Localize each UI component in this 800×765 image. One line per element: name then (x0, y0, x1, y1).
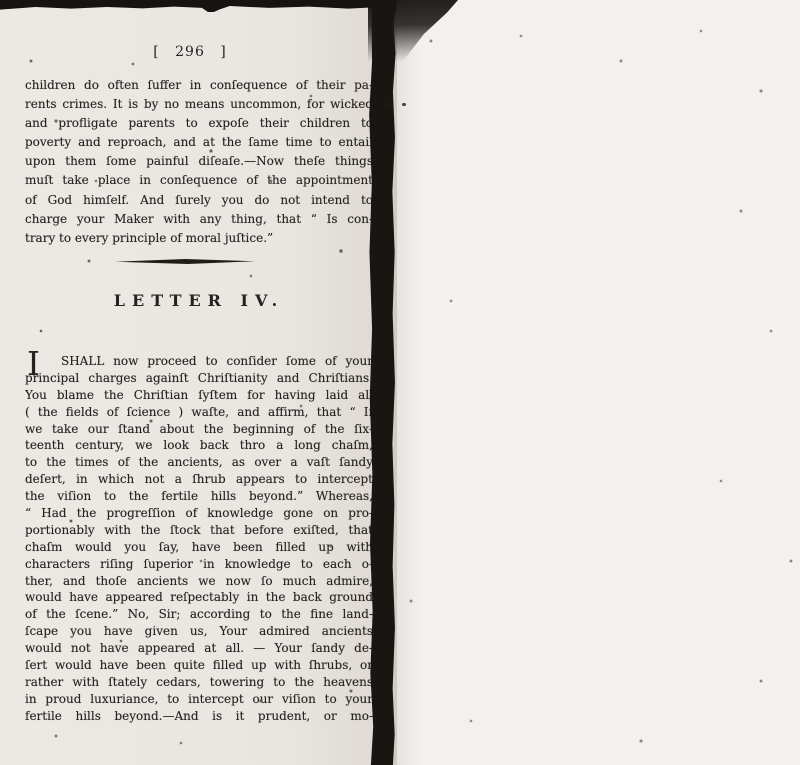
text-line: of the ſcene.” No, Sir; according to the… (25, 606, 373, 623)
text-line: poverty and reproach, and at the ſame ti… (25, 133, 373, 152)
text-line: You blame the Chriſtian ſyſtem for havin… (25, 387, 373, 404)
section-divider-rule (115, 259, 255, 264)
scan-noise-specks (0, 0, 2, 2)
scanned-book-spread: [ 296 ] children do often ſuffer in conſ… (0, 0, 800, 765)
ink-blot (384, 101, 392, 109)
book-gutter-shadow (368, 0, 397, 765)
text-line: SHALL now proceed to conſider ſome of yo… (25, 353, 373, 370)
left-paragraph-2: SHALL now proceed to conſider ſome of yo… (25, 353, 373, 725)
text-line: ther, and thoſe ancients we now ſo much … (25, 573, 373, 590)
page-number-left: [ 296 ] (25, 44, 355, 60)
text-line: trary to every principle of moral juſtic… (25, 229, 373, 248)
text-line: teenth century, we look back thro a long… (25, 437, 373, 454)
text-line: to the times of the ancients, as over a … (25, 454, 373, 471)
text-line: characters riſing ſuperior in knowledge … (25, 556, 373, 573)
text-line: children do often ſuffer in conſequence … (25, 76, 373, 95)
text-line: ſert would have been quite filled up wit… (25, 657, 373, 674)
text-line: deſert, in which not a ſhrub appears to … (25, 471, 373, 488)
text-line: upon them ſome painful diſeaſe.—Now theſ… (25, 152, 373, 171)
text-line: portionably with the ſtock that before e… (25, 522, 373, 539)
text-line: in proud luxuriance, to intercept our vi… (25, 691, 373, 708)
text-line: of God himſelf. And ſurely you do not in… (25, 191, 373, 210)
text-line: ( the fields of ſcience ) waſte, and aff… (25, 404, 373, 421)
text-line: “ Had the progreſſion of knowledge gone … (25, 505, 373, 522)
page-left: [ 296 ] children do often ſuffer in conſ… (0, 0, 397, 765)
left-paragraph-1: children do often ſuffer in conſequence … (25, 76, 373, 248)
text-line: muſt take place in conſequence of the ap… (25, 171, 373, 190)
text-line: would not have appeared at all. — Your ſ… (25, 640, 373, 657)
text-line: we take our ſtand about the beginning of… (25, 421, 373, 438)
ink-speck (402, 103, 406, 106)
text-line: chaſm would you ſay, have been filled up… (25, 539, 373, 556)
text-line: principal charges againſt Chriſtianity a… (25, 370, 373, 387)
text-line: would have appeared reſpectably in the b… (25, 589, 373, 606)
page-right: [ 297 ] deſt for a man, who cannot imagi… (397, 0, 800, 765)
text-line: charge your Maker with any thing, that “… (25, 210, 373, 229)
text-line: the viſion to the fertile hills beyond.”… (25, 488, 373, 505)
text-line: rents crimes. It is by no means uncommon… (25, 95, 373, 114)
text-line: ſcape you have given us, Your admired an… (25, 623, 373, 640)
text-line: rather with ſtately cedars, towering to … (25, 674, 373, 691)
text-line: and profligate parents to expoſe their c… (25, 114, 373, 133)
letter-heading: LETTER IV. (25, 291, 373, 310)
text-line: fertile hills beyond.—And is it prudent,… (25, 708, 373, 725)
